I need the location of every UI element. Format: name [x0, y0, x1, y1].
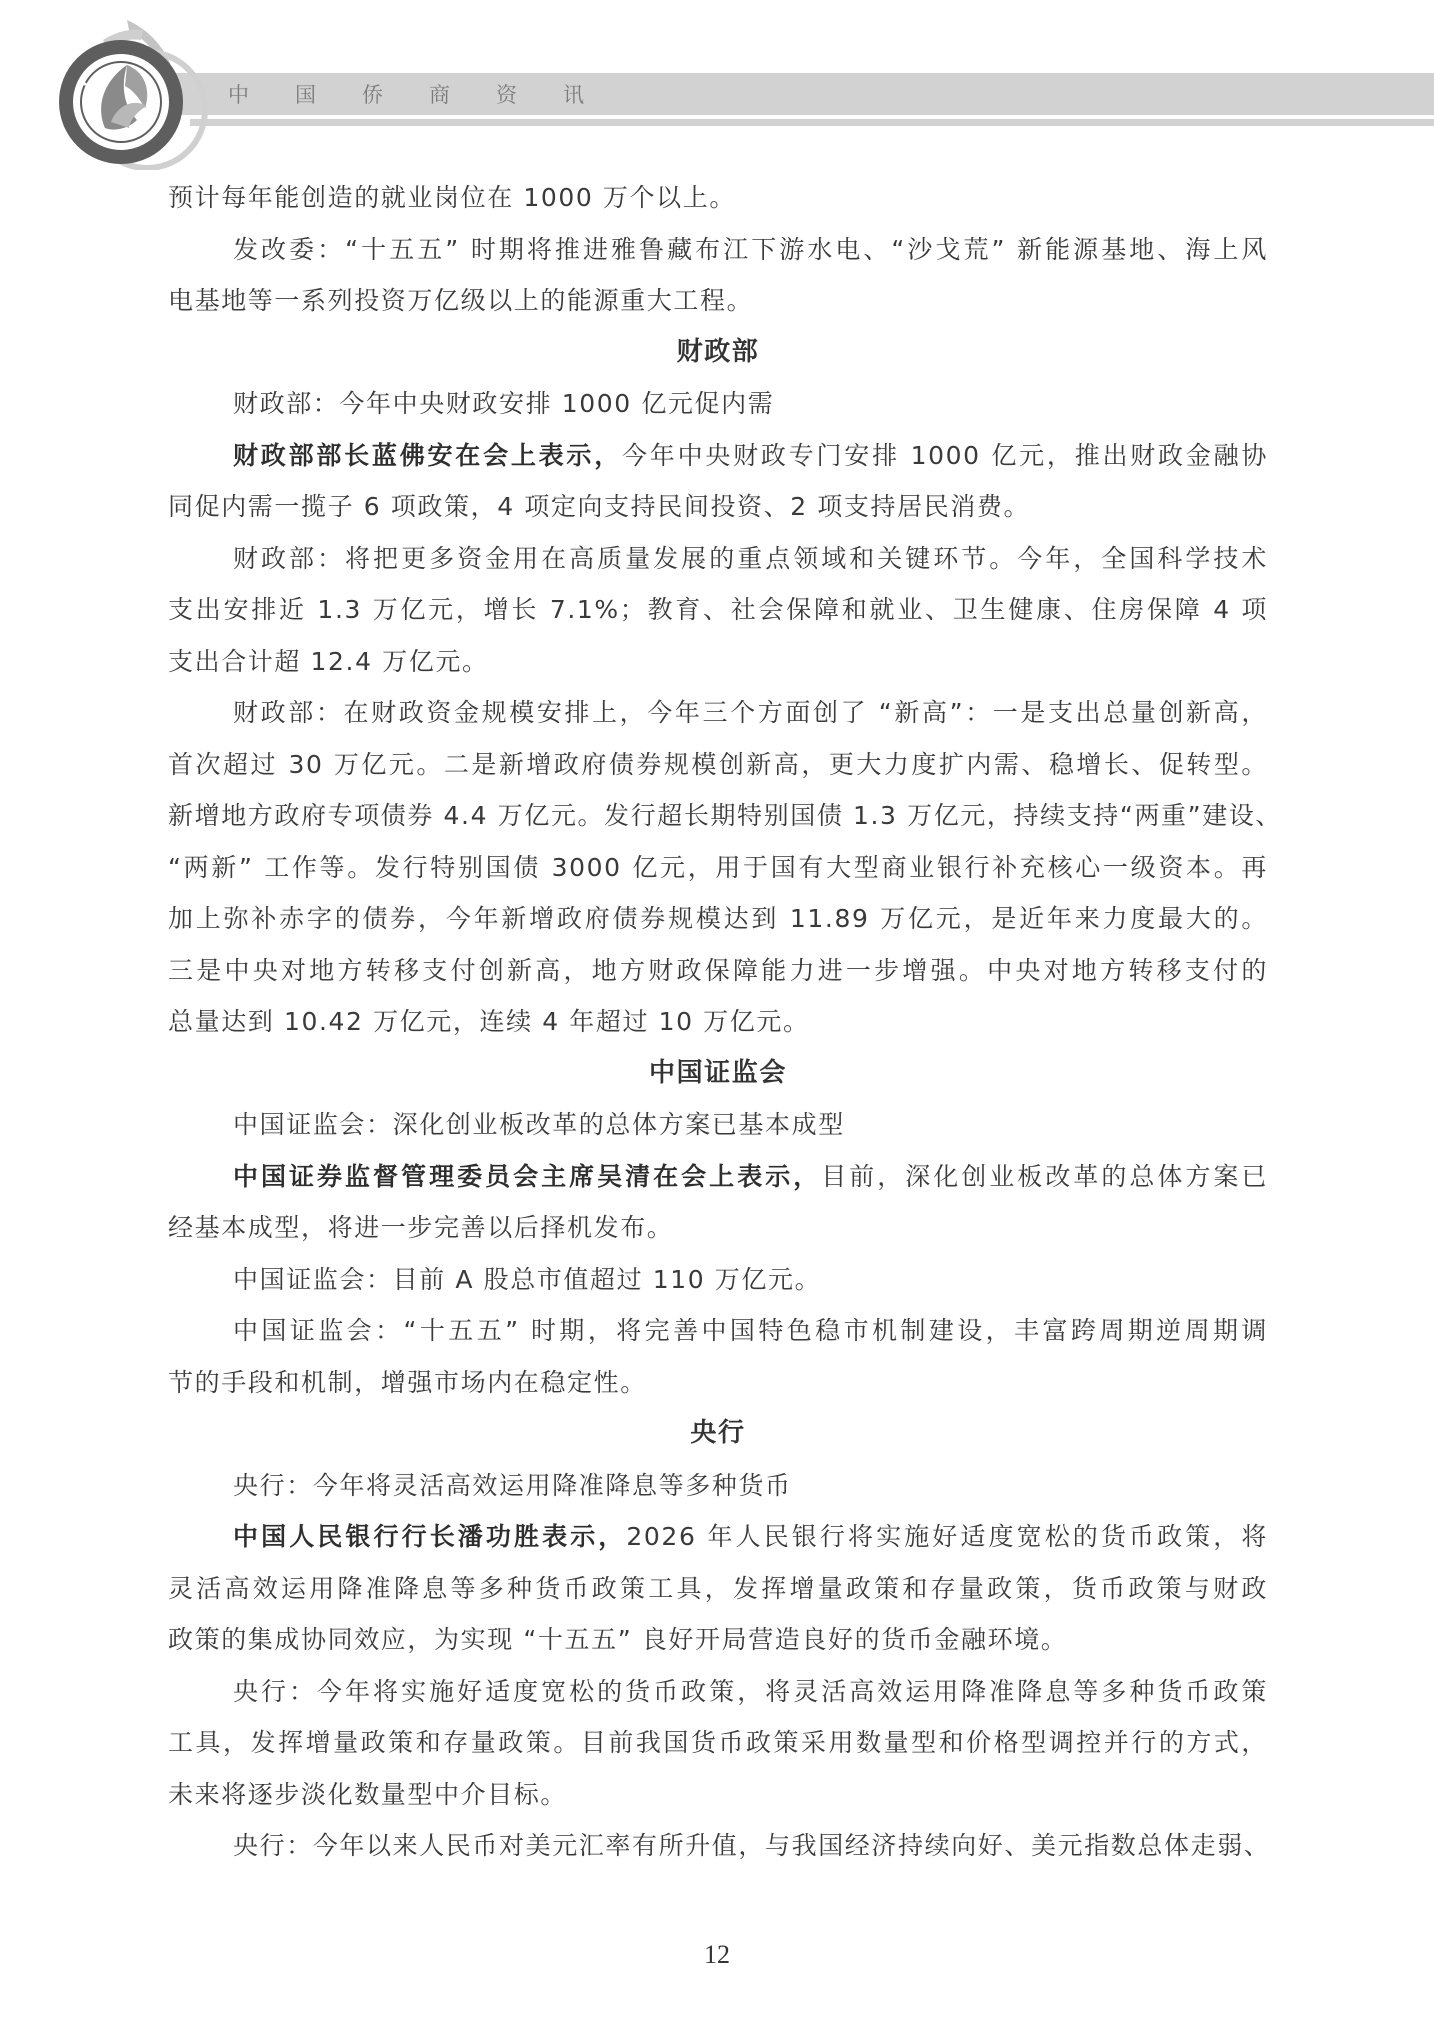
section-heading: 财政部	[168, 327, 1268, 379]
title-char: 商	[429, 80, 496, 110]
paragraph-line: 工具，发挥增量政策和存量政策。目前我国货币政策采用数量型和价格型调控并行的方式，	[168, 1717, 1268, 1769]
paragraph-line: 财政部：在财政资金规模安排上，今年三个方面创了 “新高”：一是支出总量创新高，	[168, 687, 1268, 739]
paragraph-line: 中国证监会：深化创业板改革的总体方案已基本成型	[168, 1099, 1268, 1151]
speaker-lead-in: 中国人民银行行长潘功胜表示，	[233, 1522, 626, 1551]
section-heading: 央行	[168, 1408, 1268, 1460]
title-char: 中	[228, 80, 295, 110]
speaker-lead-in: 中国证券监督管理委员会主席吴清在会上表示，	[233, 1162, 821, 1191]
paragraph-line: 中国人民银行行长潘功胜表示，2026 年人民银行将实施好适度宽松的货币政策，将	[168, 1511, 1268, 1563]
paragraph-line: 经基本成型，将进一步完善以后择机发布。	[168, 1202, 1268, 1254]
page-number: 12	[0, 1940, 1434, 1970]
paragraph-line: 未来将逐步淡化数量型中介目标。	[168, 1769, 1268, 1821]
paragraph-line: 发改委：“十五五” 时期将推进雅鲁藏布江下游水电、“沙戈荒” 新能源基地、海上风	[168, 224, 1268, 276]
paragraph-line: 政策的集成协同效应，为实现 “十五五” 良好开局营造良好的货币金融环境。	[168, 1614, 1268, 1666]
paragraph-line: 财政部：今年中央财政安排 1000 亿元促内需	[168, 378, 1268, 430]
paragraph-line: 同促内需一揽子 6 项政策，4 项定向支持民间投资、2 项支持居民消费。	[168, 481, 1268, 533]
paragraph-line: 中国证监会：“十五五” 时期，将完善中国特色稳市机制建设，丰富跨周期逆周期调	[168, 1305, 1268, 1357]
title-char: 资	[496, 80, 563, 110]
paragraph-line: 节的手段和机制，增强市场内在稳定性。	[168, 1357, 1268, 1409]
paragraph-line: 支出合计超 12.4 万亿元。	[168, 636, 1268, 688]
speaker-lead-in: 财政部部长蓝佛安在会上表示，	[233, 441, 622, 470]
paragraph-line: 中国证券监督管理委员会主席吴清在会上表示，目前，深化创业板改革的总体方案已	[168, 1151, 1268, 1203]
paragraph-text: 2026 年人民银行将实施好适度宽松的货币政策，将	[626, 1522, 1268, 1551]
association-logo-icon	[55, 10, 215, 170]
title-char: 国	[295, 80, 362, 110]
paragraph-line: 新增地方政府专项债券 4.4 万亿元。发行超长期特别国债 1.3 万亿元，持续支…	[168, 790, 1268, 842]
paragraph-line: 央行：今年将灵活高效运用降准降息等多种货币	[168, 1460, 1268, 1512]
header-stripe	[190, 119, 1434, 126]
paragraph-line: 支出安排近 1.3 万亿元，增长 7.1%；教育、社会保障和就业、卫生健康、住房…	[168, 584, 1268, 636]
paragraph-line: 财政部部长蓝佛安在会上表示，今年中央财政专门安排 1000 亿元，推出财政金融协	[168, 430, 1268, 482]
title-char: 讯	[563, 80, 630, 110]
paragraph-text: 今年中央财政专门安排 1000 亿元，推出财政金融协	[622, 441, 1268, 470]
paragraph-line: 预计每年能创造的就业岗位在 1000 万个以上。	[168, 172, 1268, 224]
paragraph-line: 央行：今年将实施好适度宽松的货币政策，将灵活高效运用降准降息等多种货币政策	[168, 1666, 1268, 1718]
paragraph-line: 央行：今年以来人民币对美元汇率有所升值，与我国经济持续向好、美元指数总体走弱、	[168, 1820, 1268, 1872]
title-char: 侨	[362, 80, 429, 110]
paragraph-line: 三是中央对地方转移支付创新高，地方财政保障能力进一步增强。中央对地方转移支付的	[168, 945, 1268, 997]
paragraph-text: 目前，深化创业板改革的总体方案已	[821, 1162, 1268, 1191]
paragraph-line: 总量达到 10.42 万亿元，连续 4 年超过 10 万亿元。	[168, 996, 1268, 1048]
paragraph-line: “两新” 工作等。发行特别国债 3000 亿元，用于国有大型商业银行补充核心一级…	[168, 842, 1268, 894]
paragraph-line: 财政部：将把更多资金用在高质量发展的重点领域和关键环节。今年，全国科学技术	[168, 533, 1268, 585]
paragraph-line: 加上弥补赤字的债券，今年新增政府债券规模达到 11.89 万亿元，是近年来力度最…	[168, 893, 1268, 945]
section-heading: 中国证监会	[168, 1048, 1268, 1100]
paragraph-line: 首次超过 30 万亿元。二是新增政府债券规模创新高，更大力度扩内需、稳增长、促转…	[168, 739, 1268, 791]
paragraph-line: 灵活高效运用降准降息等多种货币政策工具，发挥增量政策和存量政策，货币政策与财政	[168, 1563, 1268, 1615]
paragraph-line: 中国证监会：目前 A 股总市值超过 110 万亿元。	[168, 1254, 1268, 1306]
publication-title: 中 国 侨 商 资 讯	[228, 80, 630, 110]
paragraph-line: 电基地等一系列投资万亿级以上的能源重大工程。	[168, 275, 1268, 327]
article-body: 预计每年能创造的就业岗位在 1000 万个以上。发改委：“十五五” 时期将推进雅…	[168, 172, 1268, 1872]
